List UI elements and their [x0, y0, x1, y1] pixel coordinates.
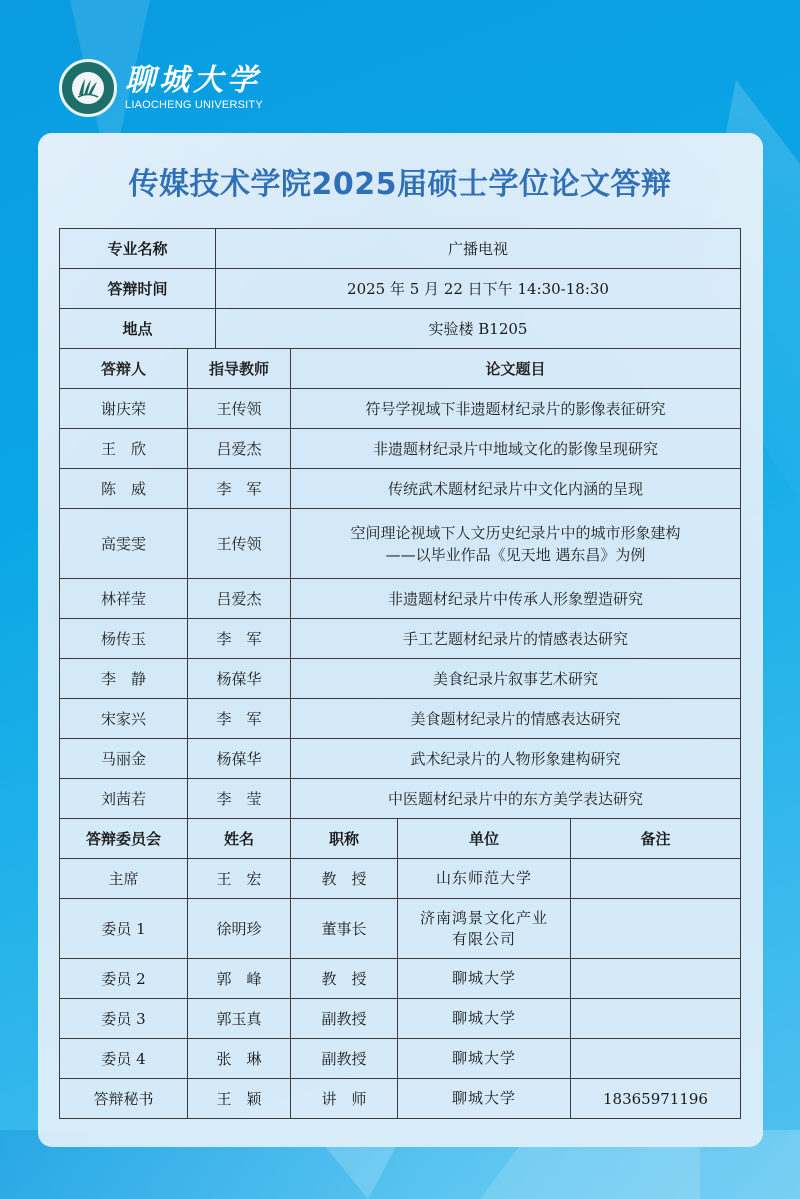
info-value: 2025 年 5 月 22 日下午 14:30-18:30 [216, 269, 741, 309]
table-row: 委员 3 郭玉真 副教授 聊城大学 [60, 999, 741, 1039]
advisor-name: 李 军 [188, 619, 291, 659]
column-header: 备注 [571, 819, 741, 859]
committee-table: 答辩委员会 姓名 职称 单位 备注 主席 王 宏 教 授 山东师范大学 委员 1… [59, 818, 741, 1119]
member-unit: 山东师范大学 [398, 859, 571, 899]
student-name: 李 静 [60, 659, 188, 699]
table-row: 高雯雯 王传领 空间理论视域下人文历史纪录片中的城市形象建构 ——以毕业作品《见… [60, 509, 741, 579]
info-row: 地点 实验楼 B1205 [60, 309, 741, 349]
info-value: 实验楼 B1205 [216, 309, 741, 349]
member-title: 教 授 [291, 859, 398, 899]
university-name-cn: 聊城大学 [125, 65, 263, 97]
member-name: 郭玉真 [188, 999, 291, 1039]
table-header-row: 答辩委员会 姓名 职称 单位 备注 [60, 819, 741, 859]
member-name: 王 宏 [188, 859, 291, 899]
member-name: 张 琳 [188, 1039, 291, 1079]
background-facet [320, 1140, 400, 1199]
committee-role: 委员 4 [60, 1039, 188, 1079]
thesis-topic: 美食题材纪录片的情感表达研究 [291, 699, 741, 739]
info-value: 广播电视 [216, 229, 741, 269]
column-header: 职称 [291, 819, 398, 859]
thesis-topic: 空间理论视域下人文历史纪录片中的城市形象建构 ——以毕业作品《见天地 遇东昌》为… [291, 509, 741, 579]
thesis-topic: 中医题材纪录片中的东方美学表达研究 [291, 779, 741, 819]
member-note [571, 859, 741, 899]
reed-leaf-icon [75, 75, 101, 101]
thesis-table: 答辩人 指导教师 论文题目 谢庆荣 王传领 符号学视域下非遗题材纪录片的影像表征… [59, 348, 741, 819]
table-row: 宋家兴 李 军 美食题材纪录片的情感表达研究 [60, 699, 741, 739]
thesis-topic: 手工艺题材纪录片的情感表达研究 [291, 619, 741, 659]
table-row: 杨传玉 李 军 手工艺题材纪录片的情感表达研究 [60, 619, 741, 659]
background-facet [480, 1140, 700, 1199]
table-row: 林祥莹 吕爱杰 非遗题材纪录片中传承人形象塑造研究 [60, 579, 741, 619]
member-unit: 聊城大学 [398, 959, 571, 999]
table-row: 主席 王 宏 教 授 山东师范大学 [60, 859, 741, 899]
advisor-name: 王传领 [188, 389, 291, 429]
info-row: 答辩时间 2025 年 5 月 22 日下午 14:30-18:30 [60, 269, 741, 309]
table-row: 王 欣 吕爱杰 非遗题材纪录片中地域文化的影像呈现研究 [60, 429, 741, 469]
thesis-topic-line: 空间理论视域下人文历史纪录片中的城市形象建构 [291, 522, 740, 544]
thesis-topic: 非遗题材纪录片中传承人形象塑造研究 [291, 579, 741, 619]
member-unit-line: 济南鸿景文化产业 [398, 908, 570, 929]
member-name: 王 颖 [188, 1079, 291, 1119]
advisor-name: 李 军 [188, 469, 291, 509]
student-name: 林祥莹 [60, 579, 188, 619]
info-label: 答辩时间 [60, 269, 216, 309]
advisor-name: 吕爱杰 [188, 429, 291, 469]
member-title: 副教授 [291, 1039, 398, 1079]
advisor-name: 李 军 [188, 699, 291, 739]
committee-role: 主席 [60, 859, 188, 899]
advisor-name: 李 莹 [188, 779, 291, 819]
thesis-topic: 传统武术题材纪录片中文化内涵的呈现 [291, 469, 741, 509]
advisor-name: 吕爱杰 [188, 579, 291, 619]
column-header: 指导教师 [188, 349, 291, 389]
university-emblem-icon [59, 59, 117, 117]
table-row: 答辩秘书 王 颖 讲 师 聊城大学 18365971196 [60, 1079, 741, 1119]
member-title: 董事长 [291, 899, 398, 959]
member-unit: 聊城大学 [398, 1079, 571, 1119]
table-row: 谢庆荣 王传领 符号学视域下非遗题材纪录片的影像表征研究 [60, 389, 741, 429]
page-title: 传媒技术学院2025届硕士学位论文答辩 [0, 163, 800, 207]
table-row: 委员 1 徐明珍 董事长 济南鸿景文化产业 有限公司 [60, 899, 741, 959]
thesis-topic: 美食纪录片叙事艺术研究 [291, 659, 741, 699]
table-row: 李 静 杨葆华 美食纪录片叙事艺术研究 [60, 659, 741, 699]
student-name: 谢庆荣 [60, 389, 188, 429]
defense-info-table: 专业名称 广播电视 答辩时间 2025 年 5 月 22 日下午 14:30-1… [59, 228, 741, 349]
table-row: 委员 2 郭 峰 教 授 聊城大学 [60, 959, 741, 999]
info-row: 专业名称 广播电视 [60, 229, 741, 269]
committee-role: 委员 1 [60, 899, 188, 959]
info-label: 专业名称 [60, 229, 216, 269]
student-name: 高雯雯 [60, 509, 188, 579]
thesis-topic: 符号学视域下非遗题材纪录片的影像表征研究 [291, 389, 741, 429]
member-unit: 聊城大学 [398, 1039, 571, 1079]
member-unit: 聊城大学 [398, 999, 571, 1039]
university-logo: 聊城大学 LIAOCHENG UNIVERSITY [59, 60, 263, 116]
student-name: 刘茜若 [60, 779, 188, 819]
member-title: 副教授 [291, 999, 398, 1039]
secretary-phone: 18365971196 [571, 1079, 741, 1119]
member-note [571, 899, 741, 959]
table-header-row: 答辩人 指导教师 论文题目 [60, 349, 741, 389]
committee-role: 答辩秘书 [60, 1079, 188, 1119]
member-name: 郭 峰 [188, 959, 291, 999]
member-note [571, 959, 741, 999]
student-name: 陈 威 [60, 469, 188, 509]
member-title: 教 授 [291, 959, 398, 999]
member-note [571, 999, 741, 1039]
advisor-name: 王传领 [188, 509, 291, 579]
university-name-en: LIAOCHENG UNIVERSITY [125, 98, 263, 112]
student-name: 宋家兴 [60, 699, 188, 739]
column-header: 姓名 [188, 819, 291, 859]
student-name: 王 欣 [60, 429, 188, 469]
thesis-topic: 武术纪录片的人物形象建构研究 [291, 739, 741, 779]
table-row: 刘茜若 李 莹 中医题材纪录片中的东方美学表达研究 [60, 779, 741, 819]
student-name: 杨传玉 [60, 619, 188, 659]
committee-role: 委员 2 [60, 959, 188, 999]
column-header: 论文题目 [291, 349, 741, 389]
advisor-name: 杨葆华 [188, 739, 291, 779]
table-row: 陈 威 李 军 传统武术题材纪录片中文化内涵的呈现 [60, 469, 741, 509]
column-header: 单位 [398, 819, 571, 859]
thesis-topic: 非遗题材纪录片中地域文化的影像呈现研究 [291, 429, 741, 469]
student-name: 马丽金 [60, 739, 188, 779]
member-note [571, 1039, 741, 1079]
advisor-name: 杨葆华 [188, 659, 291, 699]
column-header: 答辩人 [60, 349, 188, 389]
committee-role: 委员 3 [60, 999, 188, 1039]
member-unit: 济南鸿景文化产业 有限公司 [398, 899, 571, 959]
table-row: 马丽金 杨葆华 武术纪录片的人物形象建构研究 [60, 739, 741, 779]
thesis-topic-subtitle: ——以毕业作品《见天地 遇东昌》为例 [291, 544, 740, 566]
table-row: 委员 4 张 琳 副教授 聊城大学 [60, 1039, 741, 1079]
member-unit-line: 有限公司 [398, 929, 570, 950]
member-name: 徐明珍 [188, 899, 291, 959]
column-header: 答辩委员会 [60, 819, 188, 859]
member-title: 讲 师 [291, 1079, 398, 1119]
info-label: 地点 [60, 309, 216, 349]
